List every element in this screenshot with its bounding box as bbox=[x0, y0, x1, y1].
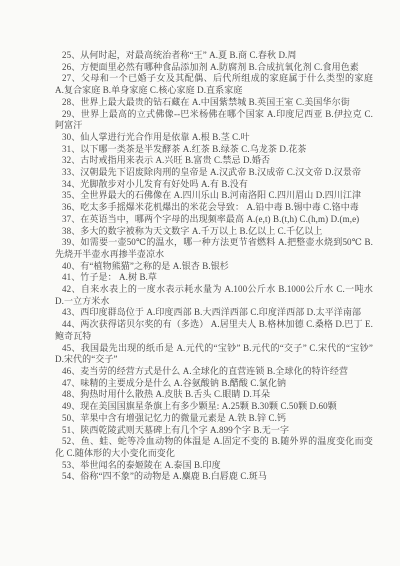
question-item: 37、在英语当中，哪两个字母的出现频率最高 A.(e,t) B.(t,h) C.… bbox=[55, 214, 373, 226]
question-item: 34、光脚散步对小儿发育有好处吗 A.有 B.没有 bbox=[55, 179, 373, 191]
question-item: 46、麦当劳的经营方式是什么 A.全球化的直营连锁 B.全球化的特许经营 bbox=[55, 366, 373, 378]
question-item: 48、狗热时用什么散热 A.皮肤 B.舌头 C.眼睛 D.耳朵 bbox=[55, 389, 373, 401]
question-item: 38、多大的数字被称为天文数字 A.千万以上 B.亿以上 C.千亿以上 bbox=[55, 226, 373, 238]
question-item: 30、仙人掌进行光合作用是依靠 A.根 B.茎 C.叶 bbox=[55, 132, 373, 144]
question-item: 28、世界上最大最贵的钻石藏在 A.中国紫禁城 B.英国王室 C.美国华尔街 bbox=[55, 97, 373, 109]
question-item: 50、苹果中含有增强记忆力的微量元素是 A.铁 B.锌 C.钙 bbox=[55, 413, 373, 425]
question-item: 54、俗称“四不象”的动物是 A.麋鹿 B.白唇鹿 C.斑马 bbox=[55, 471, 373, 483]
question-item: 26、方便面里必然有哪种食品添加剂 A.防腐剂 B.合成抗氧化剂 C.食用色素 bbox=[55, 62, 373, 74]
question-item: 51、陕西乾陵武则天墓碑上有几个字 A.899个字 B.无一字 bbox=[55, 425, 373, 437]
question-item: 53、举世闻名的泰姬陵在 A.泰国 B.印度 bbox=[55, 460, 373, 472]
question-item: 41、竹子是： A.树 B.草 bbox=[55, 272, 373, 284]
question-item: 45、我国最先出现的纸币是 A.元代的“宝钞” B.元代的“交子” C.宋代的“… bbox=[55, 343, 373, 366]
question-item: 27、父母和一个已婚子女及其配偶、后代所组成的家庭属于什么类型的家庭 A.复合家… bbox=[55, 73, 373, 96]
question-item: 52、鱼、蛙、蛇等冷血动物的体温是 A.固定不变的 B.随外界的温度变化而变化 … bbox=[55, 436, 373, 459]
question-item: 32、古时戒指用来表示 A.兴旺 B.富贵 C.禁忌 D.婚否 bbox=[55, 155, 373, 167]
scanned-document-page: 25、从何时起，对最高统治者称“王” A.夏 B.商 C.春秋 D.周26、方便… bbox=[0, 0, 400, 566]
question-item: 35、全世界最大的石佛像在 A.四川乐山 B.河南洛阳 C.四川眉山 D.四川江… bbox=[55, 190, 373, 202]
question-item: 25、从何时起，对最高统治者称“王” A.夏 B.商 C.春秋 D.周 bbox=[55, 50, 373, 62]
question-item: 31、以下哪一类茶是半发酵茶 A.红茶 B.绿茶 C.乌龙茶 D.花茶 bbox=[55, 144, 373, 156]
question-list: 25、从何时起，对最高统治者称“王” A.夏 B.商 C.春秋 D.周26、方便… bbox=[55, 50, 373, 483]
question-item: 36、吃太多手摇爆米花机爆出的米花会导致： A.铅中毒 B.锡中毒 C.铬中毒 bbox=[55, 202, 373, 214]
question-item: 47、味精的主要成分是什么 A.谷氨酸钠 B.醋酸 C.氯化钠 bbox=[55, 378, 373, 390]
question-item: 33、汉朝最先下诏废除肉刑的皇帝是 A.汉武帝 B.汉成帝 C.汉文帝 D.汉景… bbox=[55, 167, 373, 179]
question-item: 43、西印度群岛位于 A.印度西部 B.大西洋西部 C.印度洋西部 D.太平洋南… bbox=[55, 307, 373, 319]
question-item: 29、世界上最高的立式佛像--巴米杨佛在哪个国家 A.印度尼西亚 B.伊拉克 C… bbox=[55, 109, 373, 132]
question-item: 49、现在美国国旗星条旗上有多少颗星: A.25颗 B.30颗 C.50颗 D.… bbox=[55, 401, 373, 413]
question-item: 42、自来水表上的一度水表示耗水量为 A.100公斤水 B.1000公斤水 C.… bbox=[55, 284, 373, 307]
question-item: 40、有“植物熊猫”之称的是 A.银杏 B.银杉 bbox=[55, 261, 373, 273]
question-item: 39、如需要一壶50℃的温水，哪一种方法更节省燃料 A.把整壶水烧到50℃ B.… bbox=[55, 237, 373, 260]
question-item: 44、两次获得诺贝尔奖的有（多选） A.居里夫人 B.格林加德 C.桑格 D.巴… bbox=[55, 319, 373, 342]
